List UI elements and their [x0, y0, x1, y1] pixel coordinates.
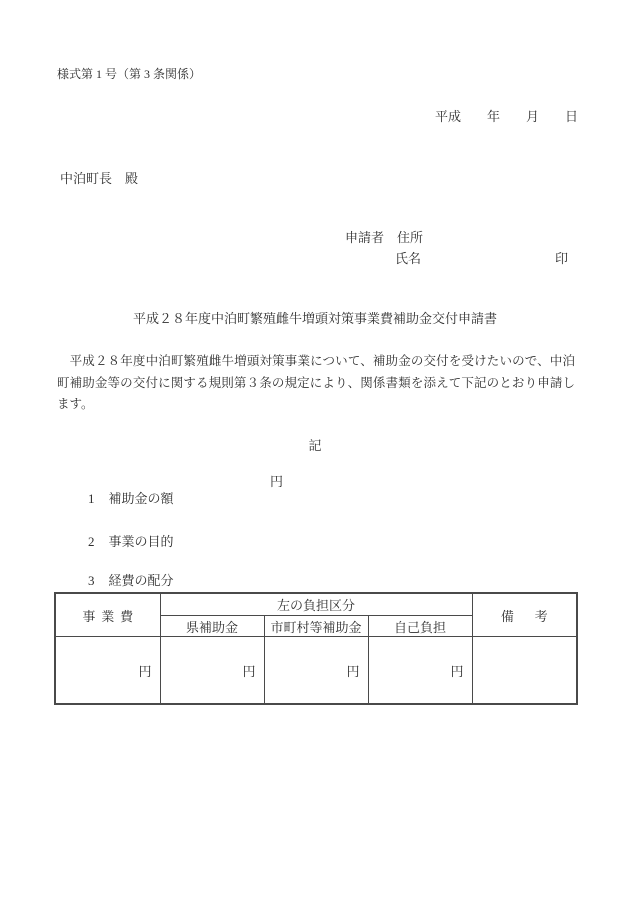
paragraph-line-3: ます。: [57, 394, 575, 416]
expense-header-cell: 事業費: [55, 593, 160, 637]
addressee: 中泊町長 殿: [60, 170, 138, 187]
document-title: 平成２８年度中泊町繁殖雌牛増頭対策事業費補助金交付申請書: [0, 308, 630, 327]
item-number: 1: [88, 491, 95, 506]
date-line: 平成 年 月 日: [435, 108, 578, 125]
applicant-name-label: 氏名: [395, 250, 421, 267]
item-subsidy-amount-unit: 円: [270, 473, 283, 490]
item-label: 事業の目的: [109, 534, 174, 549]
document-page: 様式第 1 号（第 3 条関係） 平成 年 月 日 中泊町長 殿 申請者 住所 …: [0, 0, 630, 915]
prefecture-subsidy-header-cell: 県補助金: [160, 616, 264, 637]
expense-header-label: 事業費: [77, 609, 139, 624]
burden-group-header-cell: 左の負担区分: [160, 593, 472, 616]
form-number: 様式第 1 号（第 3 条関係）: [57, 66, 201, 83]
table-row: 円 円 円 円: [55, 637, 577, 705]
municipal-amount-cell: 円: [264, 637, 368, 705]
seal-label: 印: [555, 250, 568, 267]
self-burden-amount-cell: 円: [368, 637, 472, 705]
item-number: 3: [88, 573, 95, 588]
item-number: 2: [88, 534, 95, 549]
applicant-address-line: 申請者 住所: [345, 229, 423, 246]
remarks-header-cell: 備考: [472, 593, 577, 637]
paragraph-line-2: 町補助金等の交付に関する規則第３条の規定により、関係書類を添えて下記のとおり申請…: [57, 373, 575, 395]
municipal-subsidy-header-cell: 市町村等補助金: [264, 616, 368, 637]
expense-amount-cell: 円: [55, 637, 160, 705]
prefecture-amount-cell: 円: [160, 637, 264, 705]
body-paragraph: 平成２８年度中泊町繁殖雌牛増頭対策事業について、補助金の交付を受けたいので、中泊…: [57, 351, 575, 416]
remarks-cell: [472, 637, 577, 705]
note-heading: 記: [0, 435, 630, 454]
item-label: 補助金の額: [109, 491, 174, 506]
expense-allocation-table: 事業費 左の負担区分 備考 県補助金 市町村等補助金 自己負担 円 円 円 円: [54, 592, 578, 705]
item-label: 経費の配分: [109, 573, 174, 588]
self-burden-header-cell: 自己負担: [368, 616, 472, 637]
remarks-header-label: 備考: [480, 609, 568, 624]
paragraph-line-1: 平成２８年度中泊町繁殖雌牛増頭対策事業について、補助金の交付を受けたいので、中泊: [57, 351, 575, 373]
